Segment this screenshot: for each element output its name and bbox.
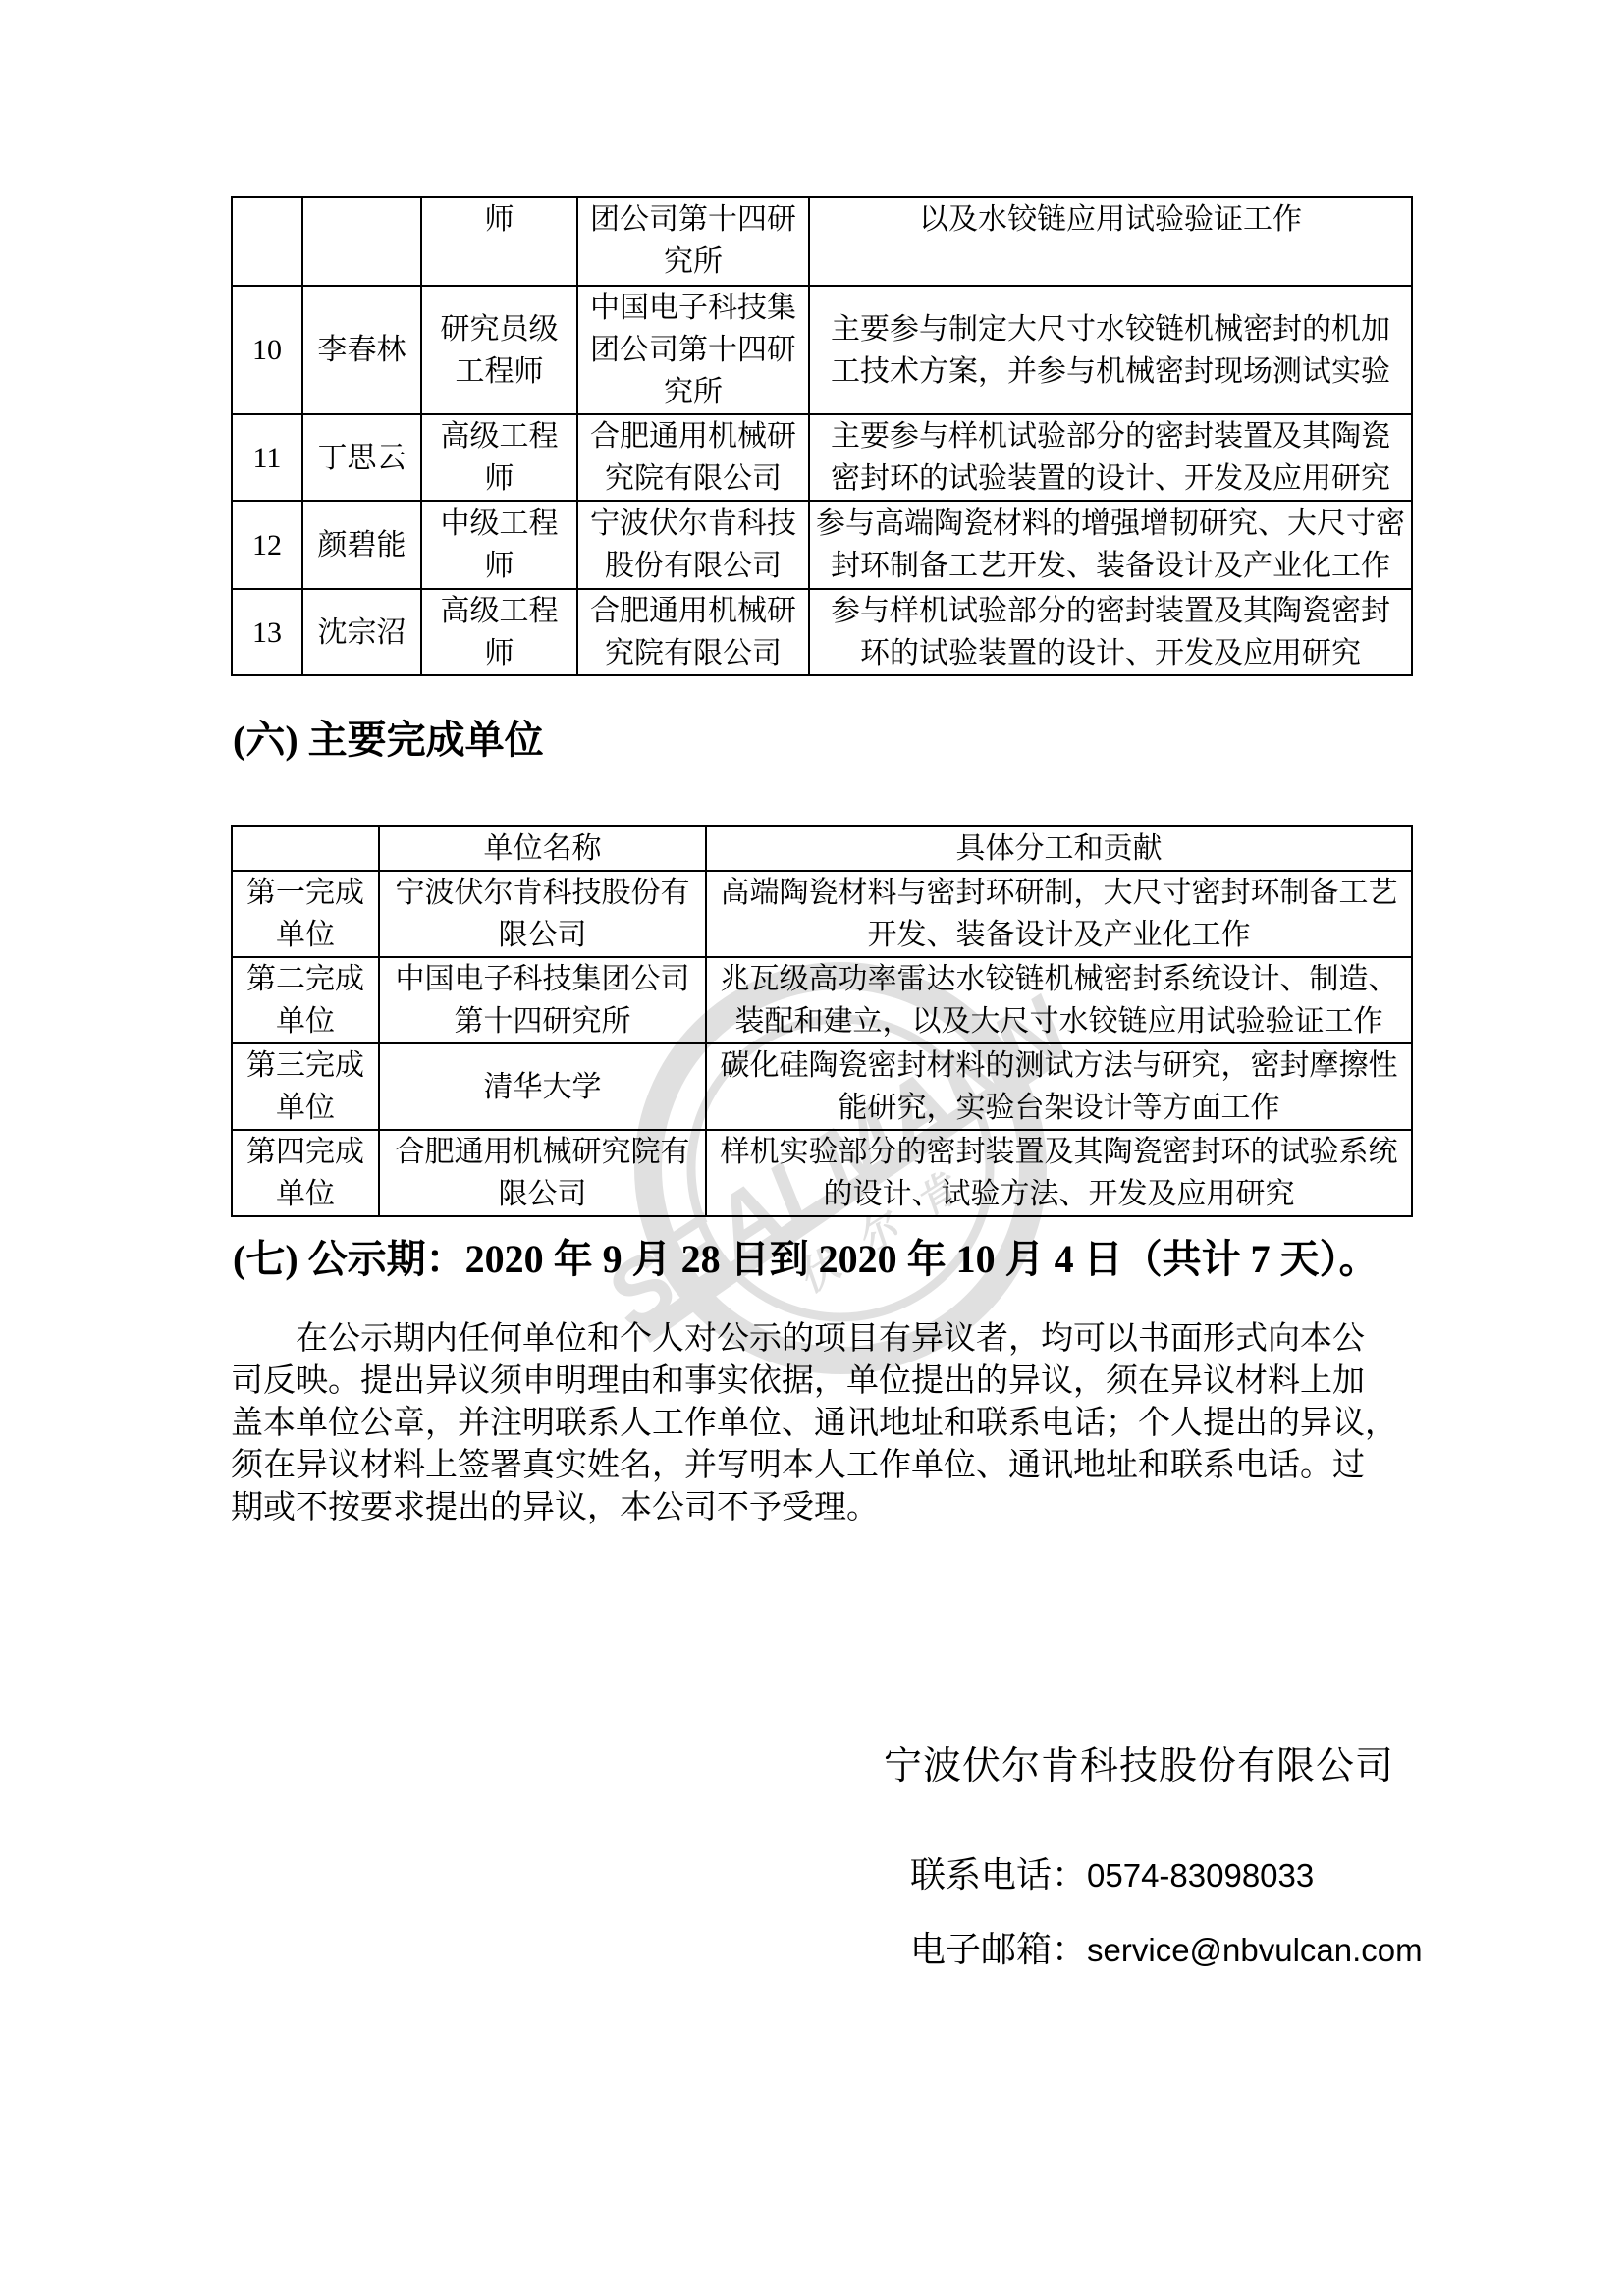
phone-line: 联系电话：0574-83098033 [910,1847,1314,1897]
phone-value: 0574-83098033 [1087,1857,1314,1894]
cell-title: 中级工程 师 [421,501,577,589]
header-unit-name: 单位名称 [379,826,706,871]
table-row: 第四完成 单位 合肥通用机械研究院有 限公司 样机实验部分的密封装置及其陶瓷密封… [232,1130,1412,1216]
cell-name: 李春林 [302,286,421,414]
cell-name: 丁思云 [302,414,421,501]
table-row: 第三完成 单位 清华大学 碳化硅陶瓷密封材料的测试方法与研究，密封摩擦性 能研究… [232,1043,1412,1130]
email-value: service@nbvulcan.com [1087,1932,1423,1968]
table-row: 13 沈宗沼 高级工程 师 合肥通用机械研 究院有限公司 参与样机试验部分的密封… [232,589,1412,675]
table-row: 师 团公司第十四研 究所 以及水铰链应用试验验证工作 [232,197,1412,286]
cell-name [302,197,421,286]
cell-contribution: 碳化硅陶瓷密封材料的测试方法与研究，密封摩擦性 能研究，实验台架设计等方面工作 [706,1043,1412,1130]
cell-contribution: 主要参与制定大尺寸水铰链机械密封的机加 工技术方案，并参与机械密封现场测试实验 [809,286,1412,414]
cell-title: 高级工程 师 [421,414,577,501]
cell-contribution: 参与样机试验部分的密封装置及其陶瓷密封 环的试验装置的设计、开发及应用研究 [809,589,1412,675]
section-6-heading: (六) 主要完成单位 [233,717,544,764]
cell-rank: 第二完成 单位 [232,957,379,1043]
cell-contribution: 参与高端陶瓷材料的增强增韧研究、大尺寸密 封环制备工艺开发、装备设计及产业化工作 [809,501,1412,589]
cell-organization: 清华大学 [379,1043,706,1130]
cell-number: 11 [232,414,302,501]
scanned-notice-page: { "page": { "background": "#ffffff", "te… [0,0,1624,2296]
units-table: 单位名称 具体分工和贡献 第一完成 单位 宁波伏尔肯科技股份有 限公司 高端陶瓷… [231,825,1413,1217]
phone-label: 联系电话： [910,1855,1087,1895]
cell-name: 颜碧能 [302,501,421,589]
cell-organization: 团公司第十四研 究所 [577,197,809,286]
cell-contribution: 主要参与样机试验部分的密封装置及其陶瓷 密封环的试验装置的设计、开发及应用研究 [809,414,1412,501]
cell-number [232,197,302,286]
cell-organization: 合肥通用机械研 究院有限公司 [577,414,809,501]
header-contribution: 具体分工和贡献 [706,826,1412,871]
email-line: 电子邮箱：service@nbvulcan.com [910,1922,1423,1972]
cell-organization: 宁波伏尔肯科技 股份有限公司 [577,501,809,589]
table-row: 11 丁思云 高级工程 师 合肥通用机械研 究院有限公司 主要参与样机试验部分的… [232,414,1412,501]
cell-organization: 中国电子科技集 团公司第十四研 究所 [577,286,809,414]
contributors-table: 师 团公司第十四研 究所 以及水铰链应用试验验证工作 10 李春林 研究员级 工… [231,196,1413,676]
cell-organization: 合肥通用机械研 究院有限公司 [577,589,809,675]
cell-number: 12 [232,501,302,589]
cell-organization: 中国电子科技集团公司 第十四研究所 [379,957,706,1043]
cell-rank: 第三完成 单位 [232,1043,379,1130]
cell-contribution: 样机实验部分的密封装置及其陶瓷密封环的试验系统 的设计、试验方法、开发及应用研究 [706,1130,1412,1216]
header-blank [232,826,379,871]
cell-organization: 合肥通用机械研究院有 限公司 [379,1130,706,1216]
cell-title: 师 [421,197,577,286]
cell-title: 研究员级 工程师 [421,286,577,414]
cell-title: 高级工程 师 [421,589,577,675]
cell-contribution: 高端陶瓷材料与密封环研制，大尺寸密封环制备工艺 开发、装备设计及产业化工作 [706,871,1412,957]
table-row: 第二完成 单位 中国电子科技集团公司 第十四研究所 兆瓦级高功率雷达水铰链机械密… [232,957,1412,1043]
section-7-heading: (七) 公示期：2020 年 9 月 28 日到 2020 年 10 月 4 日… [233,1236,1379,1283]
cell-name: 沈宗沼 [302,589,421,675]
cell-contribution: 兆瓦级高功率雷达水铰链机械密封系统设计、制造、 装配和建立，以及大尺寸水铰链应用… [706,957,1412,1043]
table-header-row: 单位名称 具体分工和贡献 [232,826,1412,871]
cell-rank: 第四完成 单位 [232,1130,379,1216]
cell-contribution: 以及水铰链应用试验验证工作 [809,197,1412,286]
table-row: 12 颜碧能 中级工程 师 宁波伏尔肯科技 股份有限公司 参与高端陶瓷材料的增强… [232,501,1412,589]
cell-rank: 第一完成 单位 [232,871,379,957]
cell-number: 10 [232,286,302,414]
cell-organization: 宁波伏尔肯科技股份有 限公司 [379,871,706,957]
table-row: 第一完成 单位 宁波伏尔肯科技股份有 限公司 高端陶瓷材料与密封环研制，大尺寸密… [232,871,1412,957]
email-label: 电子邮箱： [910,1930,1087,1969]
table-row: 10 李春林 研究员级 工程师 中国电子科技集 团公司第十四研 究所 主要参与制… [232,286,1412,414]
company-signature: 宁波伏尔肯科技股份有限公司 [884,1735,1394,1790]
cell-number: 13 [232,589,302,675]
objection-notice-paragraph: 在公示期内任何单位和个人对公示的项目有异议者，均可以书面形式向本公 司反映。提出… [231,1318,1411,1529]
